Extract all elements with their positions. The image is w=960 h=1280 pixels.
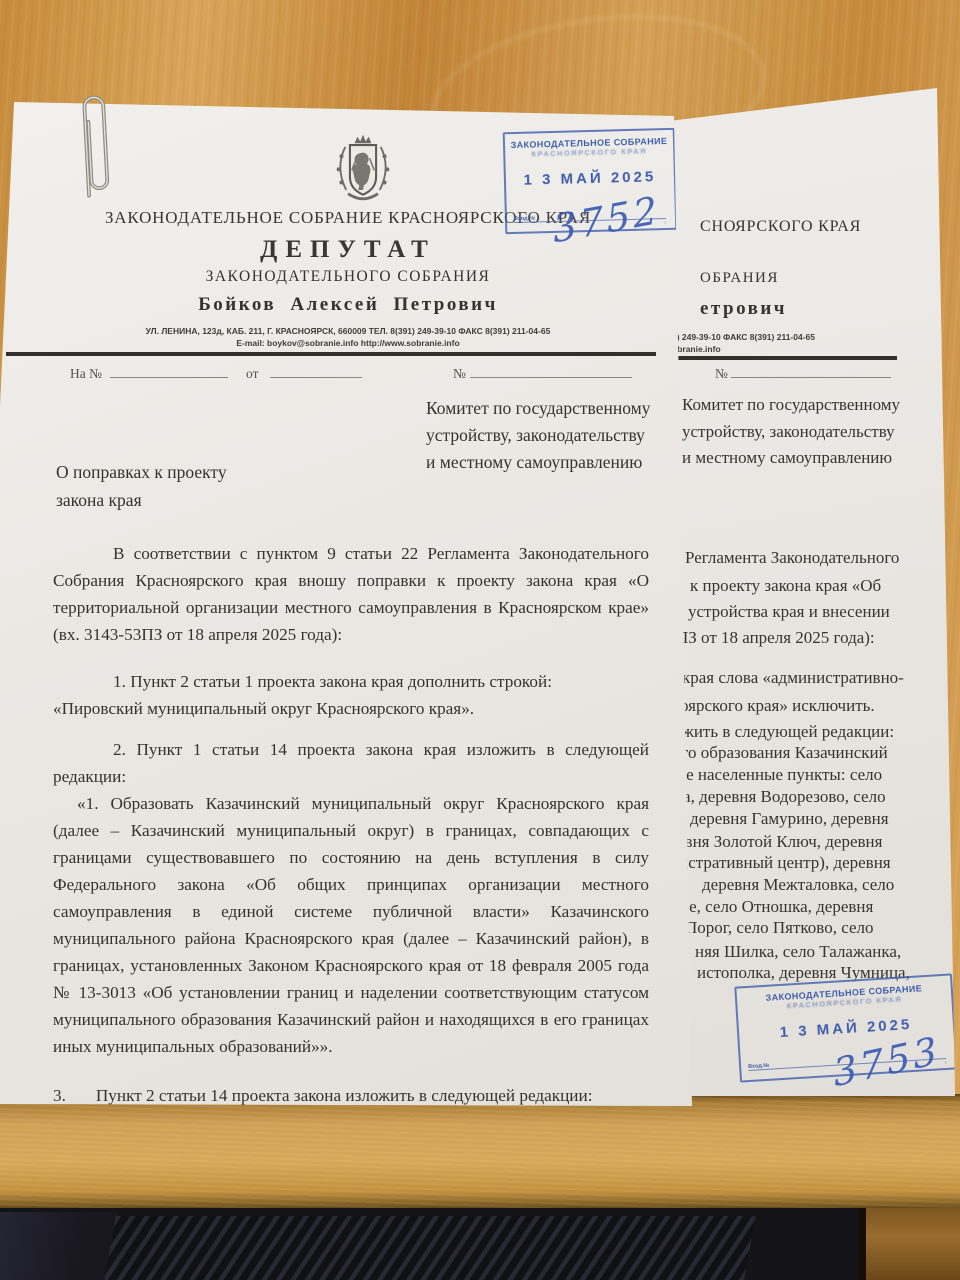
page2-body-fragment: ПЗ от 18 апреля 2025 года): xyxy=(676,628,875,648)
subject-block: О поправках к проекту закона края xyxy=(56,458,296,514)
stamp-reg-label: Вход.№ xyxy=(514,215,535,222)
intro-paragraph: В соответствии с пунктом 9 статьи 22 Рег… xyxy=(53,540,649,648)
page2-body-fragment: оярского края» исключить. xyxy=(680,696,875,716)
page2-addressee-line: устройству, законодательству xyxy=(682,422,895,442)
page2-letterhead-rule xyxy=(645,356,897,360)
ref-no-line xyxy=(470,366,632,378)
page2-body-fragment: к проекту закона края «Об xyxy=(690,576,881,596)
point-3-text: Пункт 2 статьи 14 проекта закона изложит… xyxy=(96,1086,593,1105)
ref-from-line xyxy=(270,366,362,378)
registration-stamp-top: ЗАКОНОДАТЕЛЬНОЕ СОБРАНИЕ КРАСНОЯРСКОГО К… xyxy=(503,128,678,234)
page2-addressee-line: и местному самоуправлению xyxy=(682,448,892,468)
letterhead-rule xyxy=(6,352,656,356)
paperclip-icon xyxy=(67,87,121,211)
point-1-line-1: 1. Пункт 2 статьи 1 проекта закона края … xyxy=(53,668,649,695)
page2-body-fragment: устройства края и внесении xyxy=(688,602,890,622)
page2-body-fragment: Порог, село Пятково, село xyxy=(685,918,873,938)
page2-body-fragment: няя Шилка, село Талажанка, xyxy=(695,942,901,962)
dark-panel xyxy=(0,1212,118,1280)
page-2-sheet: СНОЯРСКОГО КРАЯ ОБРАНИЯ етрович 1) 249-3… xyxy=(645,88,960,1096)
page2-body-fragment: нистративный центр), деревня xyxy=(670,853,891,873)
stamp-date: 1 3 МАЙ 2025 xyxy=(506,168,674,189)
letter-body: В соответствии с пунктом 9 статьи 22 Рег… xyxy=(53,540,649,1109)
page2-subtitle-fragment: ОБРАНИЯ xyxy=(700,270,779,287)
document-photo: СНОЯРСКОГО КРАЯ ОБРАНИЯ етрович 1) 249-3… xyxy=(0,0,960,1280)
addressee-block: Комитет по государственному устройству, … xyxy=(426,395,656,476)
ref-on-no-line xyxy=(110,366,228,378)
page2-body-fragment: вка, деревня Водорезово, село xyxy=(667,787,886,807)
registration-stamp-bottom: ЗАКОНОДАТЕЛЬНОЕ СОБРАНИЕ КРАСНОЯРСКОГО К… xyxy=(734,973,957,1082)
addressee-line: устройству, законодательству xyxy=(426,422,656,449)
page2-body-fragment: ого образования Казачинский xyxy=(673,743,888,763)
page2-name-fragment: етрович xyxy=(700,298,787,320)
point-3-number: 3. xyxy=(53,1086,66,1105)
stamp-reg-label: Вход.№ xyxy=(748,1063,770,1070)
addressee-line: Комитет по государственному xyxy=(426,395,656,422)
stamp-small-marks: г. xyxy=(945,1060,948,1066)
wood-floor-patch xyxy=(858,1208,960,1280)
page2-body-fragment: евня Золотой Ключ, деревня xyxy=(677,832,882,852)
page2-org-fragment: СНОЯРСКОГО КРАЯ xyxy=(700,218,861,236)
page-1-sheet: ЗАКОНОДАТЕЛЬНОЕ СОБРАНИЕ КРАСНОЯРСКОГО К… xyxy=(0,96,692,1106)
ref-no-label: № xyxy=(453,366,466,382)
page2-body-fragment: деревня Гамурино, деревня xyxy=(690,809,889,829)
address-line-1: УЛ. ЛЕНИНА, 123д, КАБ. 211, Г. КРАСНОЯРС… xyxy=(38,326,658,336)
page2-ref-no-label: № xyxy=(715,366,728,381)
addressee-line: и местному самоуправлению xyxy=(426,449,656,476)
page2-address-fragment: obranie.info xyxy=(672,344,721,354)
stamp-small-marks: г. xyxy=(664,220,667,226)
ribbed-object xyxy=(104,1216,755,1280)
ref-on-no-label: На № xyxy=(70,366,102,382)
under-desk-area xyxy=(0,1208,960,1280)
krasnoyarsk-coat-of-arms-icon xyxy=(325,132,401,218)
page2-body-fragment: деревня Межталовка, село xyxy=(702,875,894,895)
subject-line: О поправках к проекту xyxy=(56,458,296,486)
page2-address-fragment: 1) 249-39-10 ФАКС 8(391) 211-04-65 xyxy=(672,332,815,342)
role-subtitle: ЗАКОНОДАТЕЛЬНОГО СОБРАНИЯ xyxy=(38,268,658,286)
point-2-quoted-text: «1. Образовать Казачинский муниципальный… xyxy=(53,790,649,1060)
point-1-line-2: «Пировский муниципальный округ Красноярс… xyxy=(53,695,649,722)
deputy-name: Бойков Алексей Петрович xyxy=(38,294,658,316)
subject-line: закона края xyxy=(56,486,296,514)
page2-body-fragment: кое, село Отношка, деревня xyxy=(673,897,873,917)
page2-body-fragment: края слова «административно- xyxy=(682,668,904,688)
desk-front-edge xyxy=(0,1094,960,1210)
ref-from-label: от xyxy=(246,366,258,382)
stamp-handwritten-number: 3753 xyxy=(831,1028,942,1095)
page2-ref-no-line xyxy=(731,366,891,378)
page2-body-fragment: Регламента Законодательного xyxy=(685,548,899,568)
page2-body-fragment: ожить в следующей редакции: xyxy=(674,722,894,742)
address-line-2: E-mail: boykov@sobranie.info http://www.… xyxy=(38,338,658,348)
point-2-intro: 2. Пункт 1 статьи 14 проекта закона края… xyxy=(53,736,649,790)
page2-body-fragment: ие населенные пункты: село xyxy=(677,765,882,785)
page2-addressee-line: Комитет по государственному xyxy=(682,395,900,415)
page2-ref-number: № xyxy=(715,366,891,382)
